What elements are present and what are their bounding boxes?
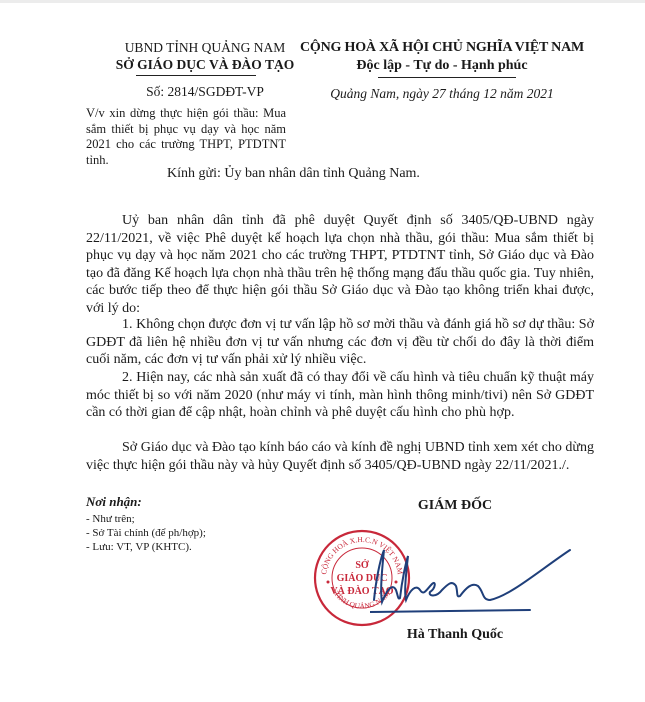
- national-motto: Độc lập - Tự do - Hạnh phúc: [292, 58, 592, 74]
- handwritten-signature: [370, 540, 580, 620]
- department-underline: [136, 75, 256, 76]
- signer-name: Hà Thanh Quốc: [330, 627, 580, 643]
- recipients-title: Nơi nhận:: [86, 494, 142, 510]
- recipient-item: - Sở Tài chính (để ph/hợp);: [86, 526, 206, 540]
- body-paragraph: 2. Hiện nay, các nhà sản xuất đã có thay…: [86, 369, 594, 422]
- issuing-department: SỞ GIÁO DỤC VÀ ĐÀO TẠO: [100, 57, 310, 73]
- body-paragraph: Sở Giáo dục và Đào tạo kính báo cáo và k…: [86, 439, 594, 474]
- recipients-list: - Như trên; - Sở Tài chính (để ph/hợp); …: [86, 512, 206, 554]
- body-paragraph: 1. Không chọn được đơn vị tư vấn lập hồ …: [86, 316, 594, 369]
- recipient-item: - Lưu: VT, VP (KHTC).: [86, 540, 206, 554]
- document-subject: V/v xin dừng thực hiện gói thầu: Mua sắm…: [86, 106, 286, 168]
- salutation: Kính gửi: Ủy ban nhân dân tỉnh Quảng Nam…: [167, 166, 420, 182]
- place-and-date: Quảng Nam, ngày 27 tháng 12 năm 2021: [292, 86, 592, 102]
- recipient-item: - Như trên;: [86, 512, 206, 526]
- motto-underline: [378, 77, 516, 78]
- document-number: Số: 2814/SGDĐT-VP: [100, 84, 310, 100]
- stamp-center-text: SỞ: [355, 559, 369, 571]
- national-title: CỘNG HOÀ XÃ HỘI CHỦ NGHĨA VIỆT NAM: [292, 40, 592, 56]
- page-top-edge: [0, 0, 645, 3]
- signer-title: GIÁM ĐỐC: [330, 498, 580, 514]
- body-paragraph: Uỷ ban nhân dân tỉnh đã phê duyệt Quyết …: [86, 212, 594, 317]
- issuing-authority: UBND TỈNH QUẢNG NAM: [100, 40, 310, 56]
